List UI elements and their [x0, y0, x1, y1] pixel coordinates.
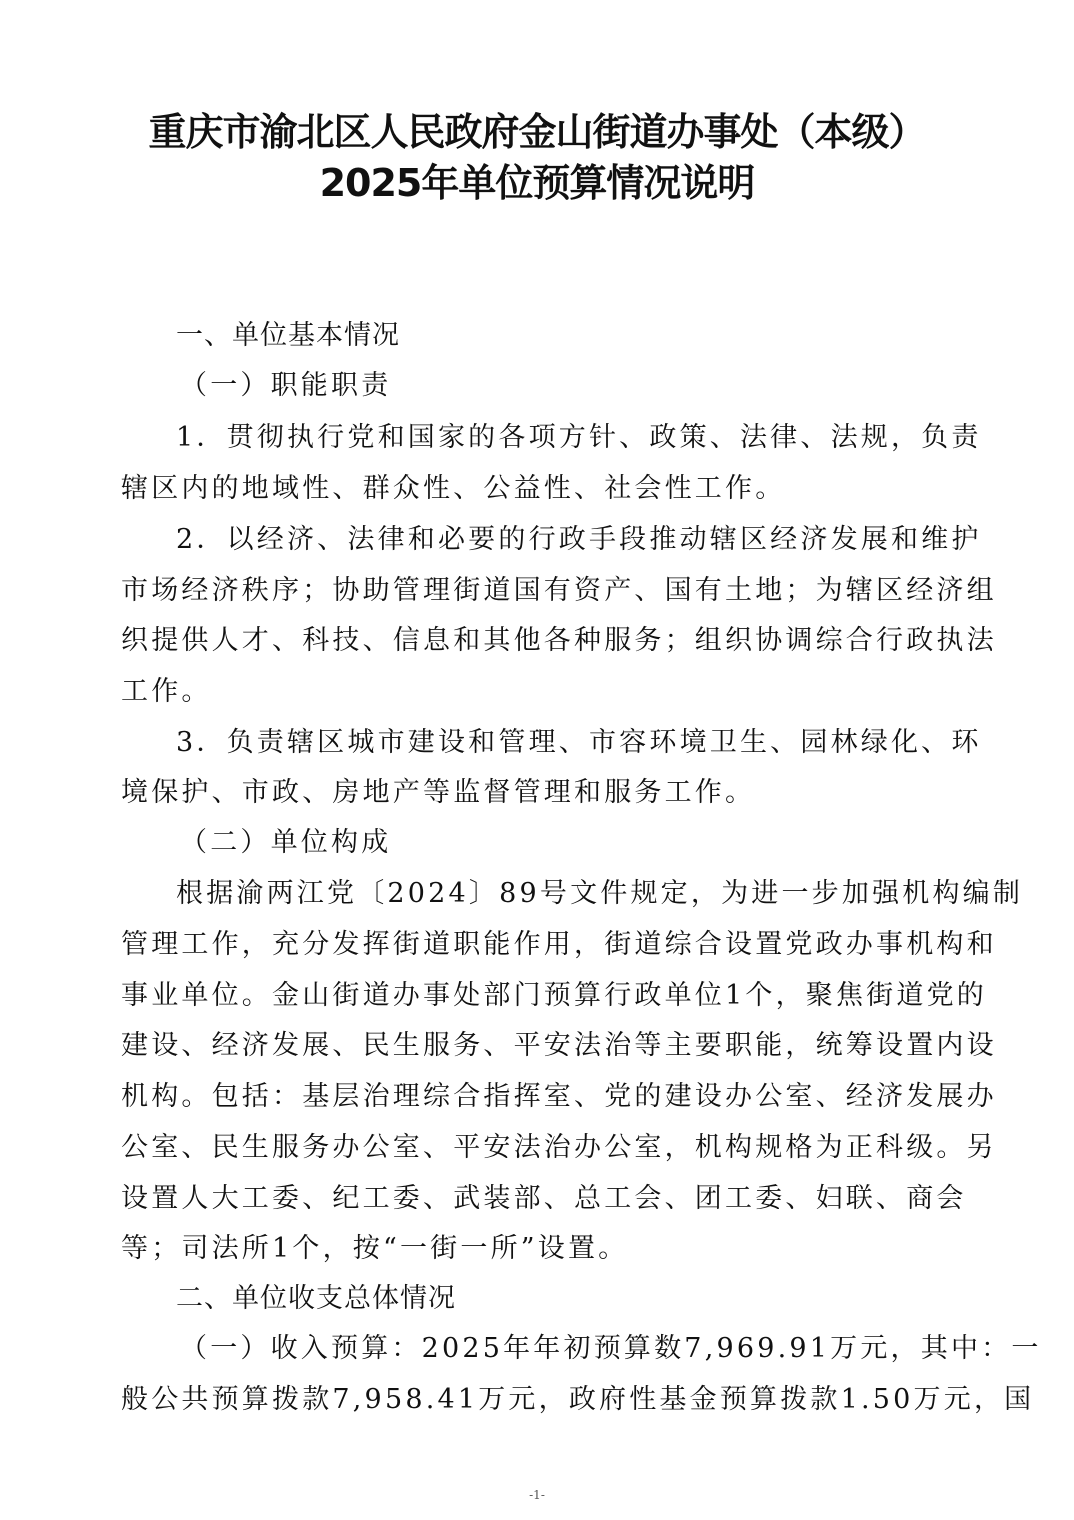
- section-heading-basic-info: 一、单位基本情况: [176, 322, 1016, 349]
- paragraph-line: 等；司法所1个，按“一街一所”设置。: [121, 1235, 961, 1262]
- paragraph-line: 建设、经济发展、民生服务、平安法治等主要职能，统筹设置内设: [121, 1032, 961, 1059]
- paragraph-line: 3．负责辖区城市建设和管理、市容环境卫生、园林绿化、环: [176, 729, 1016, 756]
- paragraph-line: 1．贯彻执行党和国家的各项方针、政策、法律、法规，负责: [176, 424, 1016, 451]
- paragraph-line: 工作。: [121, 678, 961, 705]
- document-title-line-1: 重庆市渝北区人民政府金山街道办事处（本级）: [0, 113, 1074, 151]
- document-page: 重庆市渝北区人民政府金山街道办事处（本级） 2025年单位预算情况说明 一、单位…: [0, 0, 1074, 1520]
- subsection-heading-duties: （一）职能职责: [180, 372, 1020, 399]
- paragraph-line: 机构。包括：基层治理综合指挥室、党的建设办公室、经济发展办: [121, 1083, 961, 1110]
- paragraph-line: 管理工作，充分发挥街道职能作用，街道综合设置党政办事机构和: [121, 931, 961, 958]
- subsection-heading-composition: （二）单位构成: [180, 829, 1020, 856]
- paragraph-line: 2．以经济、法律和必要的行政手段推动辖区经济发展和维护: [176, 526, 1016, 553]
- paragraph-line: 市场经济秩序；协助管理街道国有资产、国有土地；为辖区经济组: [121, 577, 961, 604]
- paragraph-line: 辖区内的地域性、群众性、公益性、社会性工作。: [121, 475, 961, 502]
- paragraph-line: 事业单位。金山街道办事处部门预算行政单位1个，聚焦街道党的: [121, 982, 961, 1009]
- paragraph-line: 织提供人才、科技、信息和其他各种服务；组织协调综合行政执法: [121, 627, 961, 654]
- paragraph-line: 公室、民生服务办公室、平安法治办公室，机构规格为正科级。另: [121, 1134, 961, 1161]
- section-heading-budget-overview: 二、单位收支总体情况: [176, 1285, 1016, 1312]
- paragraph-line: 设置人大工委、纪工委、武装部、总工会、团工委、妇联、商会: [121, 1185, 961, 1212]
- paragraph-line: 般公共预算拨款7,958.41万元，政府性基金预算拨款1.50万元，国: [121, 1386, 961, 1413]
- paragraph-line: （一）收入预算：2025年年初预算数7,969.91万元，其中：一: [180, 1335, 1020, 1362]
- paragraph-line: 境保护、市政、房地产等监督管理和服务工作。: [121, 779, 961, 806]
- paragraph-line: 根据渝两江党〔2024〕89号文件规定，为进一步加强机构编制: [176, 880, 1016, 907]
- page-number: -1-: [0, 1488, 1074, 1502]
- document-title-line-2: 2025年单位预算情况说明: [0, 164, 1074, 202]
